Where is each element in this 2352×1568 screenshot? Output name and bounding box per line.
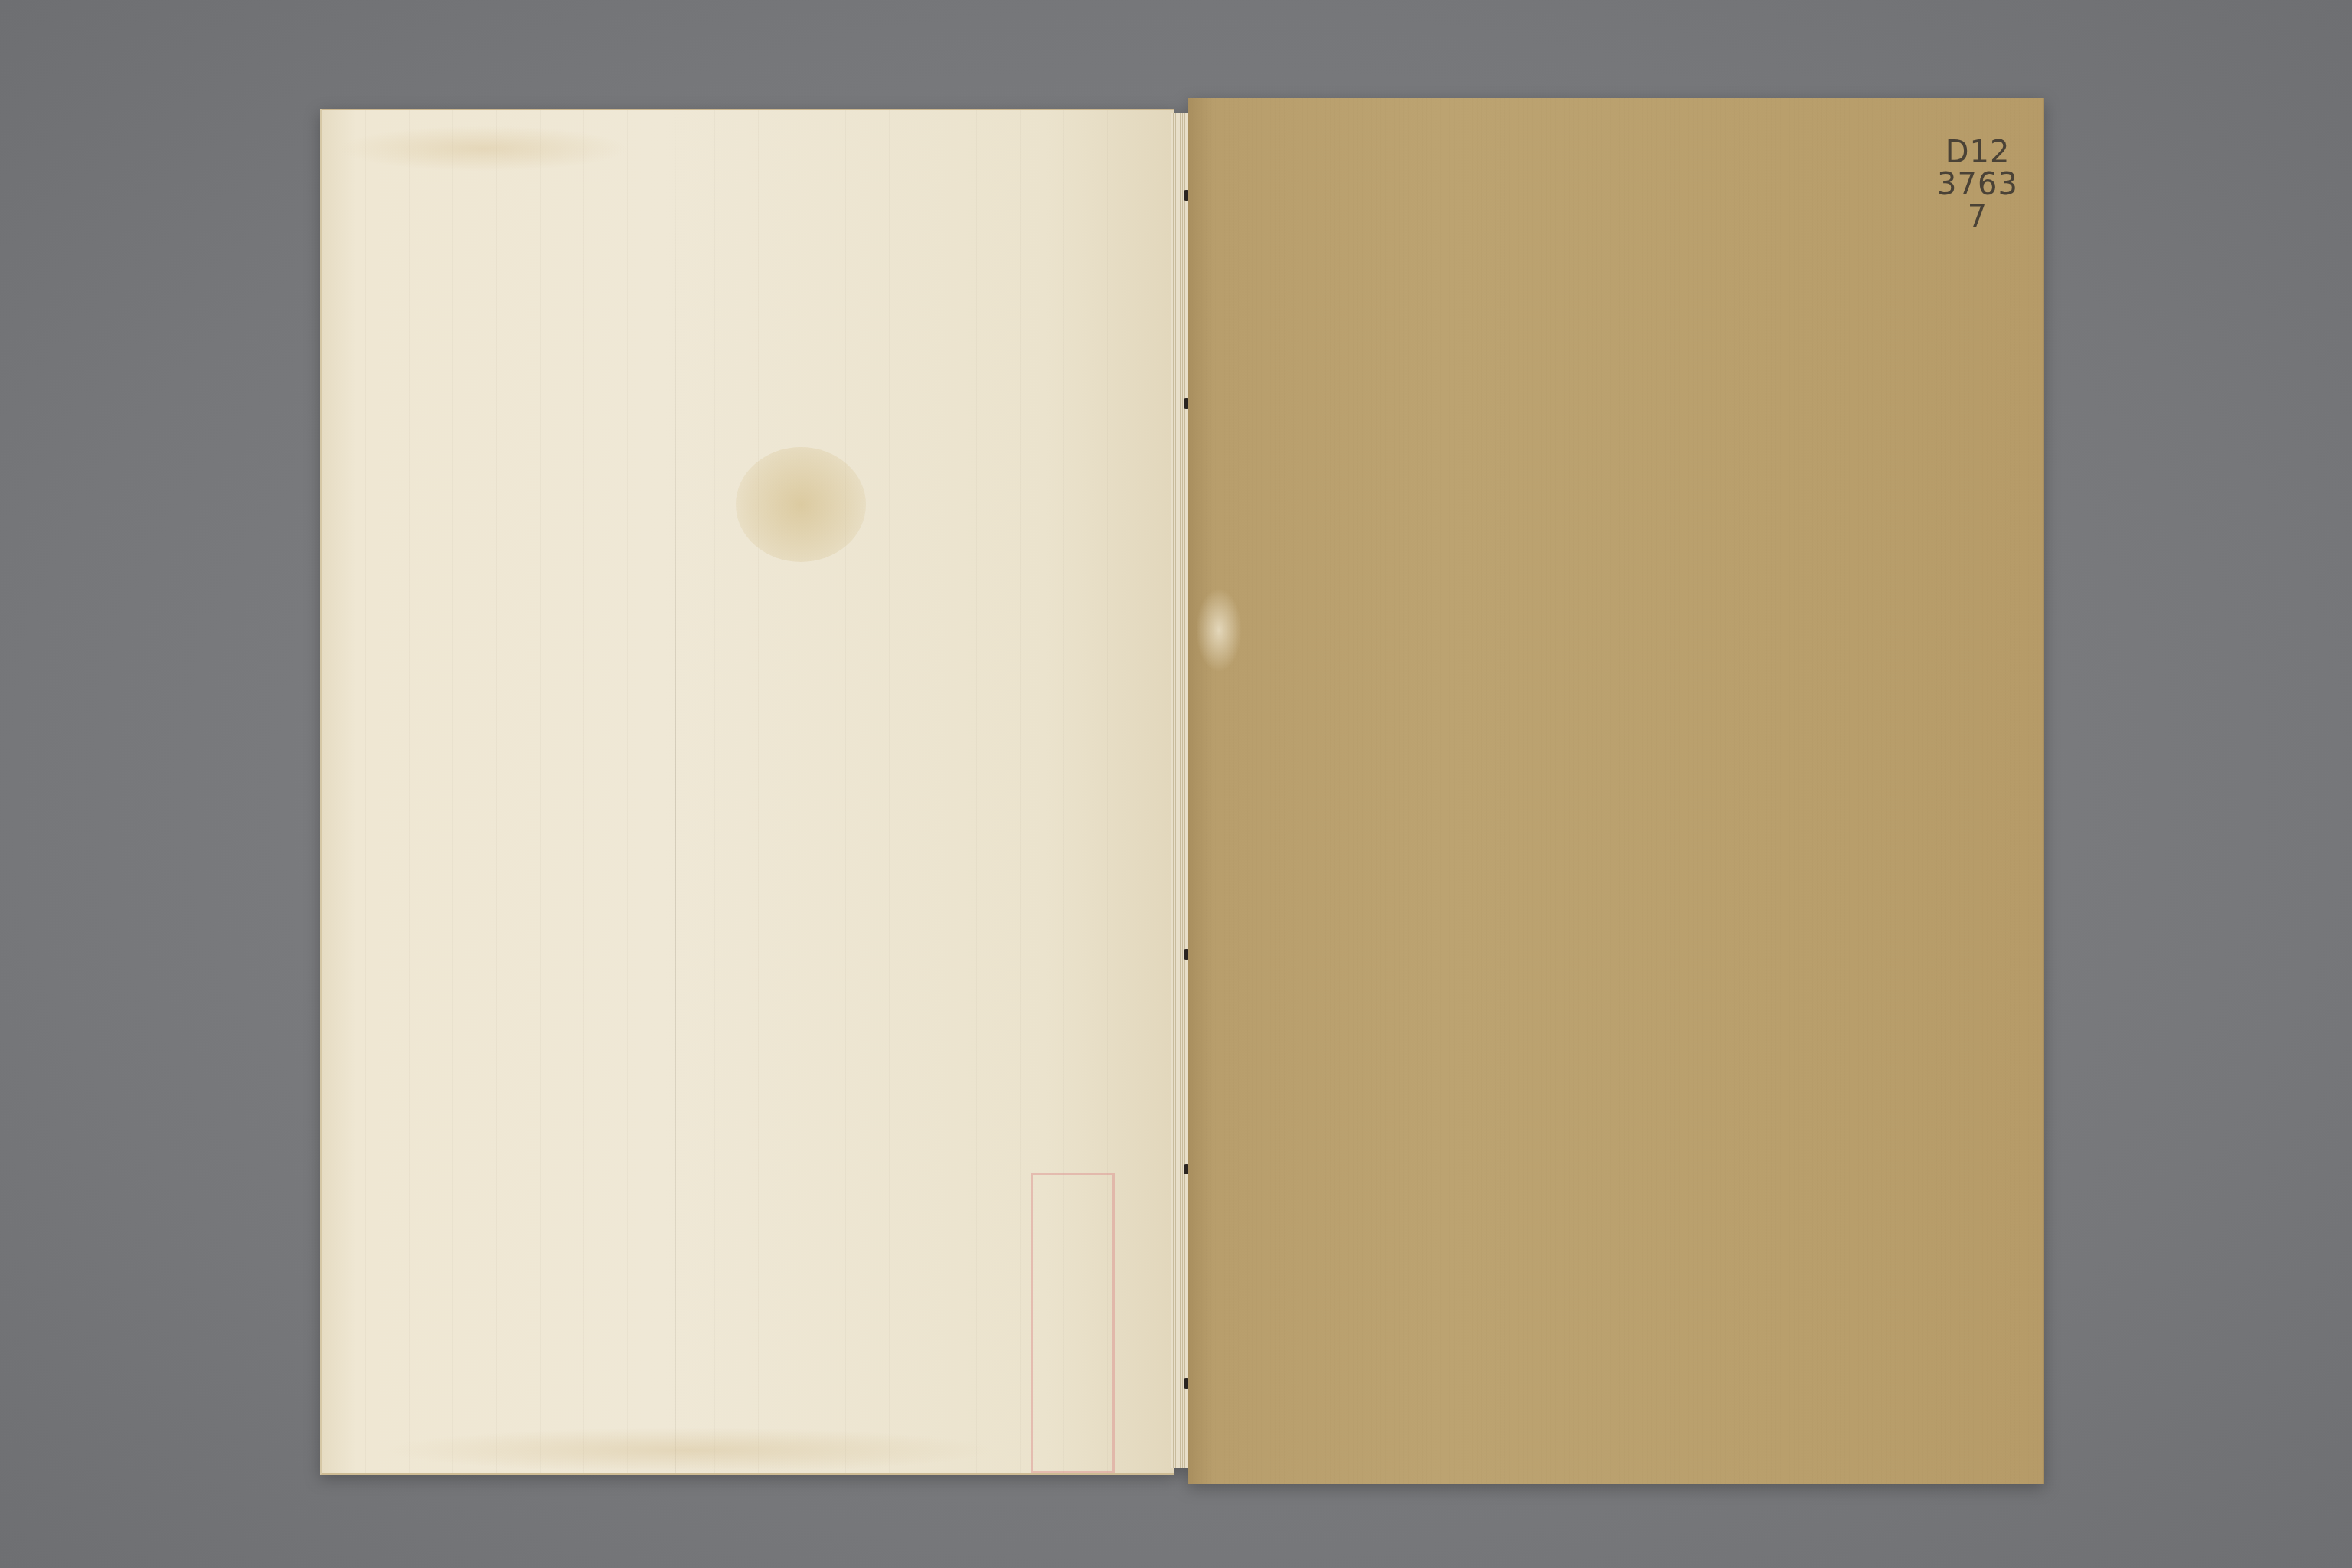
edge-foxing-top	[338, 126, 629, 171]
shelfmark-line-1: D12	[1928, 136, 2027, 168]
red-seal-stamp	[1031, 1173, 1115, 1473]
cover-abrasion	[1196, 588, 1242, 672]
page-crease	[675, 110, 676, 1473]
paper-texture	[1188, 98, 2043, 1484]
handwritten-shelfmark: D12 3763 7	[1928, 136, 2027, 233]
edge-foxing-bottom	[384, 1427, 996, 1473]
spine-page-edges	[1171, 113, 1188, 1468]
open-book	[320, 98, 2043, 1484]
left-endpaper	[320, 109, 1174, 1475]
back-cover	[1188, 98, 2044, 1484]
shelfmark-line-2: 3763	[1928, 168, 2027, 201]
water-stain	[736, 447, 866, 562]
shelfmark-line-3: 7	[1928, 201, 2027, 233]
